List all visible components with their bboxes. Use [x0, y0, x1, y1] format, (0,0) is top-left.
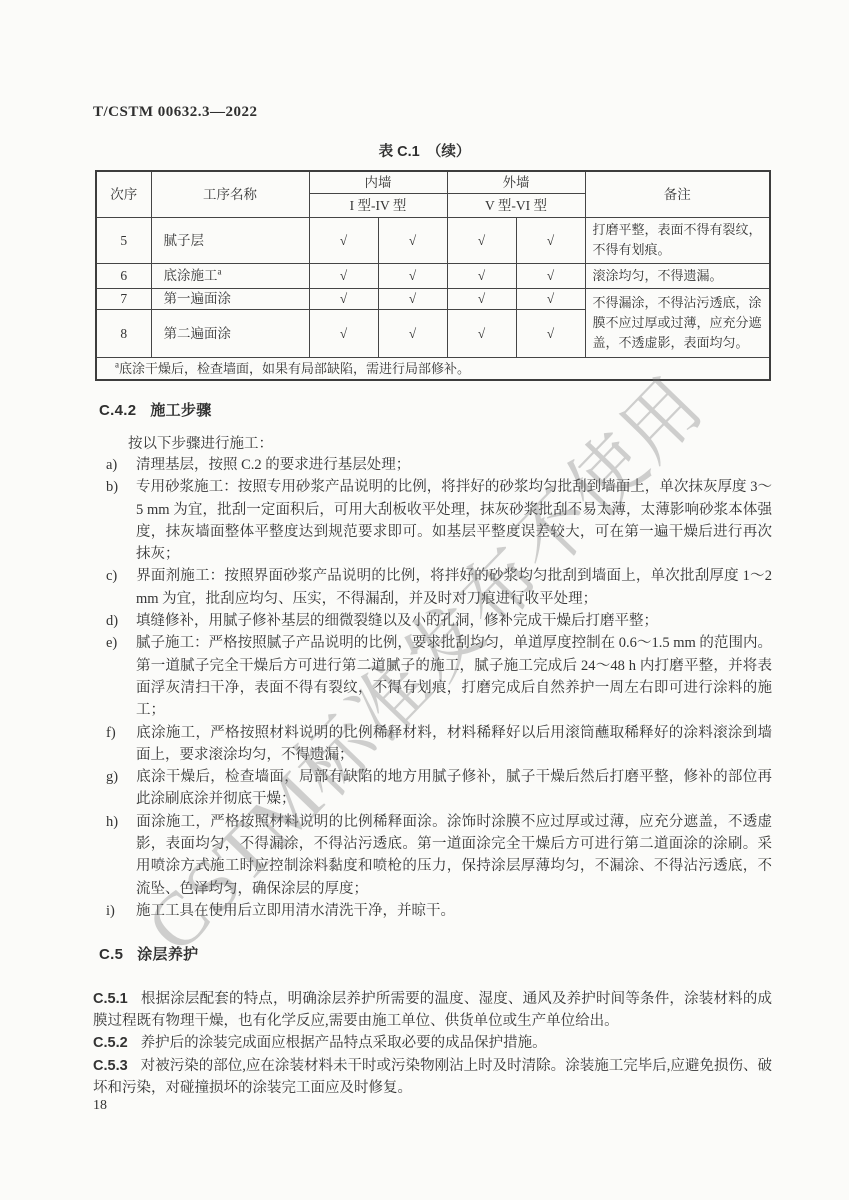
check-cell: √ — [447, 309, 516, 357]
process-name-cell: 第一遍面涂 — [151, 288, 309, 309]
list-item: e)腻子施工：严格按照腻子产品说明的比例，要求批刮均匀，单道厚度控制在 0.6～… — [106, 632, 772, 721]
coating-curing-paragraphs: C.5.1根据涂层配套的特点，明确涂层养护所需要的温度、湿度、通风及养护时间等条… — [93, 988, 772, 1099]
doc-number: T/CSTM 00632.3—2022 — [93, 104, 258, 121]
page-number: 18 — [93, 1098, 107, 1114]
col-header-exterior-type: V 型-VI 型 — [447, 193, 585, 217]
list-item: c)界面剂施工：按照界面砂浆产品说明的比例，将拌好的砂浆均匀批刮到墙面上，单次批… — [106, 565, 772, 610]
check-cell: √ — [378, 309, 447, 357]
seq-cell: 5 — [96, 217, 151, 263]
seq-cell: 7 — [96, 288, 151, 309]
list-item: f)底涂施工，严格按照材料说明的比例稀释材料，材料稀释好以后用滚筒蘸取稀释好的涂… — [106, 722, 772, 767]
check-cell: √ — [447, 263, 516, 288]
table-title: 表 C.1 （续） — [0, 140, 849, 161]
standard-document-page: T/CSTM 00632.3—2022 表 C.1 （续） 次序 工序名称 内墙… — [0, 0, 849, 1200]
check-cell: √ — [447, 288, 516, 309]
check-cell: √ — [447, 217, 516, 263]
paragraph: C.5.1根据涂层配套的特点，明确涂层养护所需要的温度、湿度、通风及养护时间等条… — [93, 988, 772, 1032]
list-item: i)施工工具在使用后立即用清水清洗干净，并晾干。 — [106, 900, 772, 922]
check-cell: √ — [309, 217, 378, 263]
process-name-cell: 底涂施工a — [151, 263, 309, 288]
section-heading-c5: C.5涂层养护 — [99, 943, 198, 964]
construction-steps-list: a)清理基层，按照 C.2 的要求进行基层处理； b)专用砂浆施工：按照专用砂浆… — [106, 454, 772, 922]
remark-cell: 打磨平整，表面不得有裂纹，不得有划痕。 — [585, 217, 770, 263]
process-name-cell: 腻子层 — [151, 217, 309, 263]
table-footnote-row: a底涂干燥后，检查墙面，如果有局部缺陷，需进行局部修补。 — [96, 357, 770, 380]
section-number: C.4.2 — [99, 402, 136, 419]
check-cell: √ — [309, 309, 378, 357]
steps-intro: 按以下步骤进行施工： — [128, 433, 273, 455]
col-header-interior: 内墙 — [309, 171, 447, 193]
table-row: 5 腻子层 √ √ √ √ 打磨平整，表面不得有裂纹，不得有划痕。 — [96, 217, 770, 263]
check-cell: √ — [378, 263, 447, 288]
section-number: C.5 — [99, 946, 123, 963]
check-cell: √ — [516, 288, 585, 309]
col-header-process: 工序名称 — [151, 171, 309, 217]
section-title: 涂层养护 — [137, 946, 198, 963]
seq-cell: 6 — [96, 263, 151, 288]
paragraph: C.5.2养护后的涂装完成面应根据产品特点采取必要的成品保护措施。 — [93, 1032, 772, 1054]
col-header-seq: 次序 — [96, 171, 151, 217]
process-table: 次序 工序名称 内墙 外墙 备注 I 型-IV 型 V 型-VI 型 5 腻子层… — [95, 170, 771, 381]
remark-cell: 滚涂均匀，不得遗漏。 — [585, 263, 770, 288]
check-cell: √ — [516, 263, 585, 288]
table-row: 7 第一遍面涂 √ √ √ √ 不得漏涂，不得沾污透底，涂膜不应过厚或过薄，应充… — [96, 288, 770, 309]
remark-cell: 不得漏涂，不得沾污透底，涂膜不应过厚或过薄，应充分遮盖，不透虚影，表面均匀。 — [585, 288, 770, 357]
list-item: b)专用砂浆施工：按照专用砂浆产品说明的比例，将拌好的砂浆均匀批刮到墙面上，单次… — [106, 476, 772, 565]
list-item: h)面涂施工，严格按照材料说明的比例稀释面涂。涂饰时涂膜不应过厚或过薄，应充分遮… — [106, 811, 772, 900]
table-footnote: a底涂干燥后，检查墙面，如果有局部缺陷，需进行局部修补。 — [96, 357, 770, 380]
check-cell: √ — [309, 288, 378, 309]
check-cell: √ — [516, 217, 585, 263]
seq-cell: 8 — [96, 309, 151, 357]
check-cell: √ — [309, 263, 378, 288]
paragraph: C.5.3对被污染的部位,应在涂装材料未干时或污染物刚沾上时及时清除。涂装施工完… — [93, 1055, 772, 1099]
list-item: a)清理基层，按照 C.2 的要求进行基层处理； — [106, 454, 772, 476]
section-heading-c42: C.4.2施工步骤 — [99, 399, 212, 420]
col-header-interior-type: I 型-IV 型 — [309, 193, 447, 217]
table-row: 6 底涂施工a √ √ √ √ 滚涂均匀，不得遗漏。 — [96, 263, 770, 288]
check-cell: √ — [516, 309, 585, 357]
col-header-exterior: 外墙 — [447, 171, 585, 193]
table-header-row-1: 次序 工序名称 内墙 外墙 备注 — [96, 171, 770, 193]
check-cell: √ — [378, 288, 447, 309]
process-name-cell: 第二遍面涂 — [151, 309, 309, 357]
section-title: 施工步骤 — [150, 402, 211, 419]
col-header-remark: 备注 — [585, 171, 770, 217]
check-cell: √ — [378, 217, 447, 263]
list-item: g)底涂干燥后，检查墙面，局部有缺陷的地方用腻子修补，腻子干燥后然后打磨平整，修… — [106, 766, 772, 811]
list-item: d)填缝修补，用腻子修补基层的细微裂缝以及小的孔洞，修补完成干燥后打磨平整； — [106, 610, 772, 632]
